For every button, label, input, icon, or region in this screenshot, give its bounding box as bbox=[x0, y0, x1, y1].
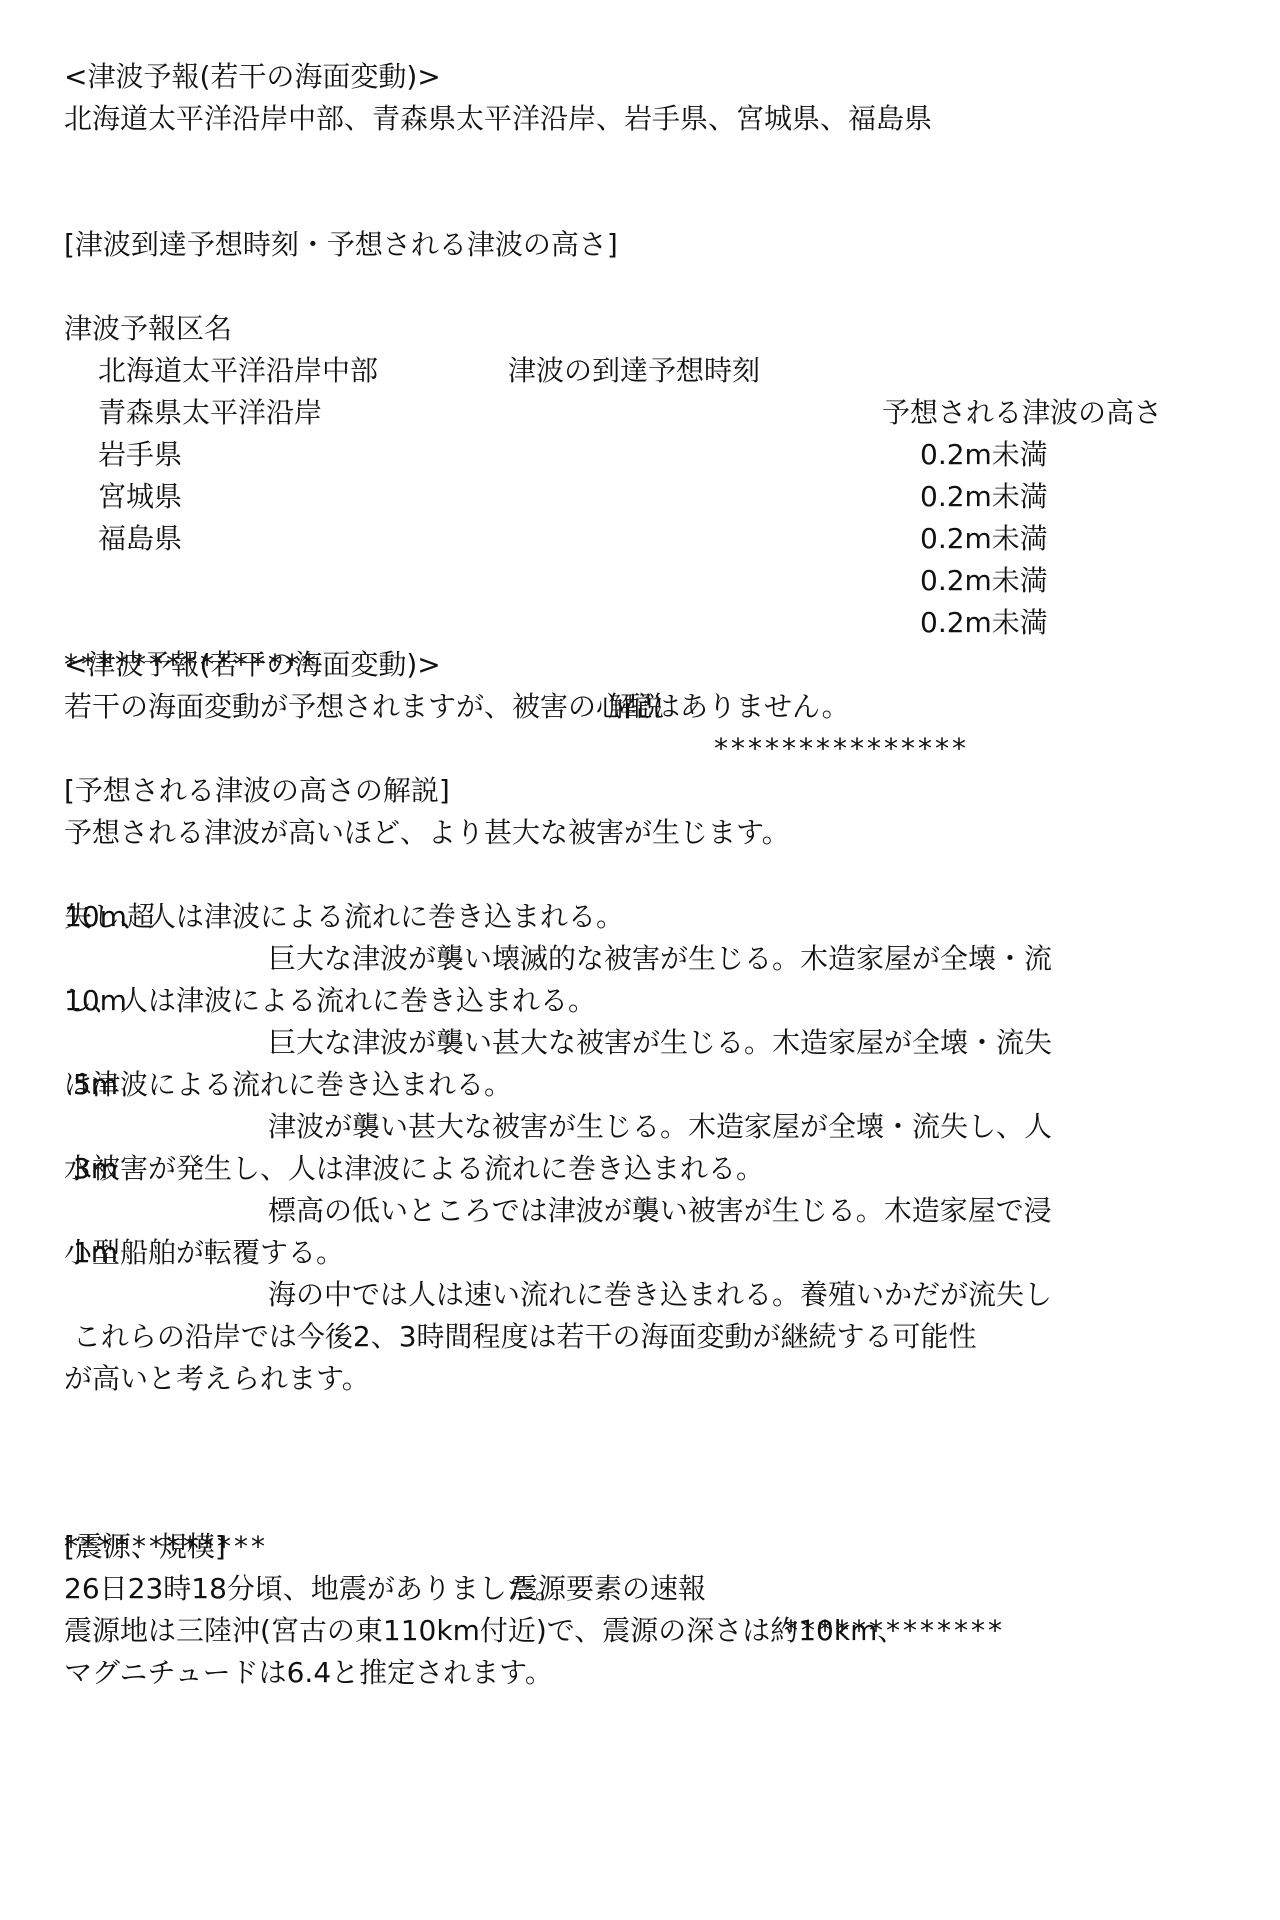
height-level-label: 10m超 bbox=[64, 896, 155, 938]
explanation-divider: *************** 解説 *************** bbox=[64, 602, 1224, 644]
table-row: 福島県 0.2m未満 bbox=[64, 476, 1224, 518]
height-level-row: 1m 海の中では人は速い流れに巻き込まれる。養殖いかだが流失し bbox=[64, 1190, 1224, 1232]
spacer bbox=[64, 140, 1224, 224]
height-level-description-cont: 小型船舶が転覆する。 bbox=[64, 1232, 1224, 1274]
continuation-note-cont: が高いと考えられます。 bbox=[64, 1358, 1224, 1400]
height-level-description-cont: 水被害が発生し、人は津波による流れに巻き込まれる。 bbox=[64, 1148, 1224, 1190]
region-name: 福島県 bbox=[98, 518, 182, 560]
table-row: 宮城県 0.2m未満 bbox=[64, 434, 1224, 476]
hypocenter-title: 震源要素の速報 bbox=[510, 1568, 706, 1610]
tsunami-height: 0.2m未満 bbox=[920, 560, 1048, 602]
table-row: 岩手県 0.2m未満 bbox=[64, 392, 1224, 434]
spacer bbox=[64, 728, 1224, 770]
arrival-table-header: 津波予報区名 津波の到達予想時刻 予想される津波の高さ bbox=[64, 266, 1224, 308]
height-level-row: 10m 巨大な津波が襲い甚大な被害が生じる。木造家屋が全壊・流失 bbox=[64, 938, 1224, 980]
divider-stars-right: *************** bbox=[714, 728, 969, 770]
height-level-row: 10m超 巨大な津波が襲い壊滅的な被害が生じる。木造家屋が全壊・流 bbox=[64, 854, 1224, 896]
height-level-label: 3m bbox=[64, 1148, 118, 1190]
height-explanation-heading: [予想される津波の高さの解説] bbox=[64, 770, 1224, 812]
height-level-row: 5m 津波が襲い甚大な被害が生じる。木造家屋が全壊・流失し、人 bbox=[64, 1022, 1224, 1064]
tsunami-bulletin: <津波予報(若干の海面変動)> 北海道太平洋沿岸中部、青森県太平洋沿岸、岩手県、… bbox=[64, 56, 1224, 1694]
height-level-row: 3m 標高の低いところでは津波が襲い被害が生じる。木造家屋で浸 bbox=[64, 1106, 1224, 1148]
height-level-description-cont: し、人は津波による流れに巻き込まれる。 bbox=[64, 980, 1224, 1022]
divider-stars-left: ************ bbox=[64, 1526, 268, 1568]
hypocenter-divider: ************ 震源要素の速報 ************* bbox=[64, 1484, 1224, 1526]
epicenter-location: 震源地は三陸沖(宮古の東110km付近)で、震源の深さは約10km、 bbox=[64, 1610, 1224, 1652]
magnitude-estimate: マグニチュードは6.4と推定されます。 bbox=[64, 1652, 1224, 1694]
explanation-title: 解説 bbox=[608, 686, 664, 728]
height-level-description: 海の中では人は速い流れに巻き込まれる。養殖いかだが流失し bbox=[268, 1274, 1052, 1316]
height-explanation-intro: 予想される津波が高いほど、より甚大な被害が生じます。 bbox=[64, 812, 1224, 854]
height-level-label: 10m bbox=[64, 980, 127, 1022]
height-level-description-cont: は津波による流れに巻き込まれる。 bbox=[64, 1064, 1224, 1106]
forecast-regions: 北海道太平洋沿岸中部、青森県太平洋沿岸、岩手県、宮城県、福島県 bbox=[64, 98, 1224, 140]
continuation-note: これらの沿岸では今後2、3時間程度は若干の海面変動が継続する可能性 bbox=[64, 1316, 1224, 1358]
divider-stars-right: ************* bbox=[784, 1610, 1005, 1652]
table-row: 北海道太平洋沿岸中部 0.2m未満 bbox=[64, 308, 1224, 350]
height-level-description-cont: 失し、人は津波による流れに巻き込まれる。 bbox=[64, 896, 1224, 938]
spacer bbox=[64, 518, 1224, 602]
height-level-label: 5m bbox=[64, 1064, 118, 1106]
divider-stars-left: *************** bbox=[64, 644, 319, 686]
tsunami-height: 0.2m未満 bbox=[920, 518, 1048, 560]
table-row: 青森県太平洋沿岸 0.2m未満 bbox=[64, 350, 1224, 392]
spacer bbox=[64, 1400, 1224, 1484]
arrival-table-heading: [津波到達予想時刻・予想される津波の高さ] bbox=[64, 224, 1224, 266]
forecast-heading: <津波予報(若干の海面変動)> bbox=[64, 56, 1224, 98]
height-level-label: 1m bbox=[64, 1232, 118, 1274]
